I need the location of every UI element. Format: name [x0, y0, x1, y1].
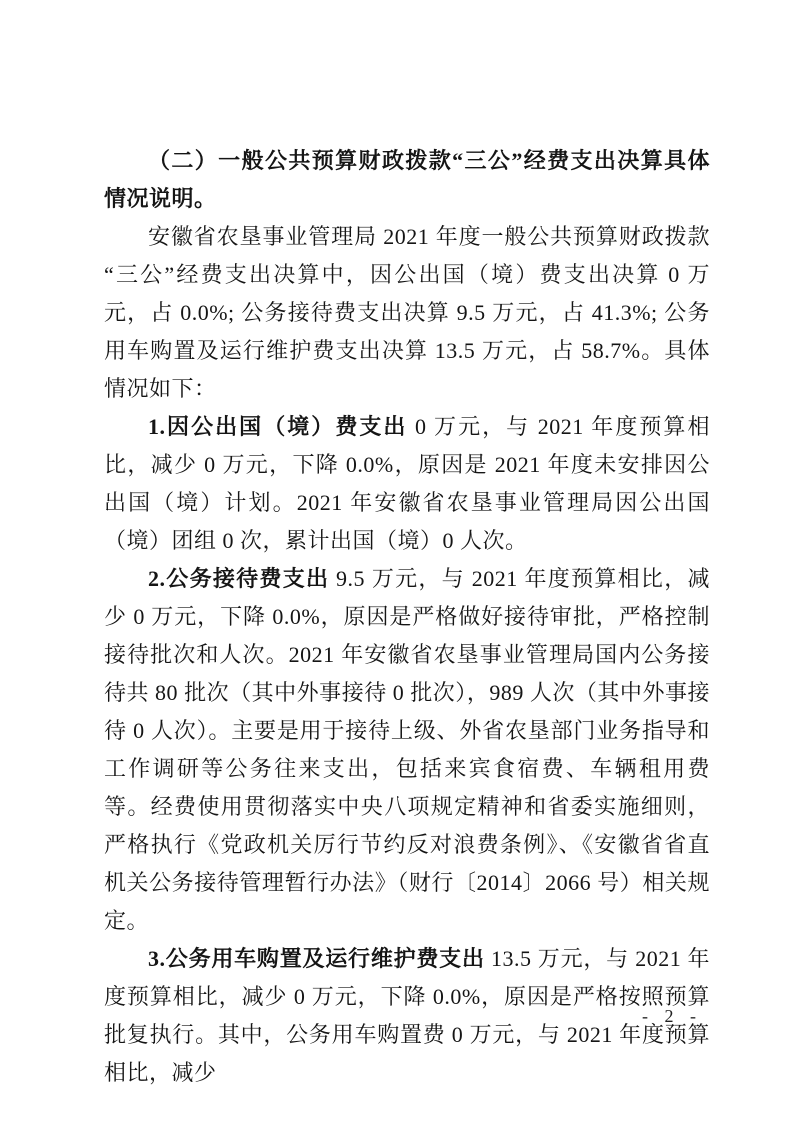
paragraph-intro: 安徽省农垦事业管理局 2021 年度一般公共预算财政拨款“三公”经费支出决算中，… — [104, 218, 710, 408]
page-number: - 2 - — [642, 1004, 698, 1028]
paragraph-item-3-lead: 3.公务用车购置及运行维护费支出 — [148, 946, 485, 971]
paragraph-item-2-text: 9.5 万元，与 2021 年度预算相比，减少 0 万元，下降 0.0%，原因是… — [104, 566, 710, 933]
paragraph-intro-text: 安徽省农垦事业管理局 2021 年度一般公共预算财政拨款“三公”经费支出决算中，… — [104, 224, 710, 401]
paragraph-item-1-lead: 1.因公出国（境）费支出 — [148, 414, 407, 439]
document-body: （二）一般公共预算财政拨款“三公”经费支出决算具体情况说明。 安徽省农垦事业管理… — [104, 142, 710, 1092]
paragraph-item-3: 3.公务用车购置及运行维护费支出 13.5 万元，与 2021 年度预算相比，减… — [104, 940, 710, 1092]
section-heading: （二）一般公共预算财政拨款“三公”经费支出决算具体情况说明。 — [104, 142, 710, 218]
document-page: （二）一般公共预算财政拨款“三公”经费支出决算具体情况说明。 安徽省农垦事业管理… — [0, 0, 794, 1123]
paragraph-item-2: 2.公务接待费支出 9.5 万元，与 2021 年度预算相比，减少 0 万元，下… — [104, 560, 710, 940]
paragraph-item-2-lead: 2.公务接待费支出 — [148, 566, 329, 591]
paragraph-item-1: 1.因公出国（境）费支出 0 万元，与 2021 年度预算相比，减少 0 万元，… — [104, 408, 710, 560]
